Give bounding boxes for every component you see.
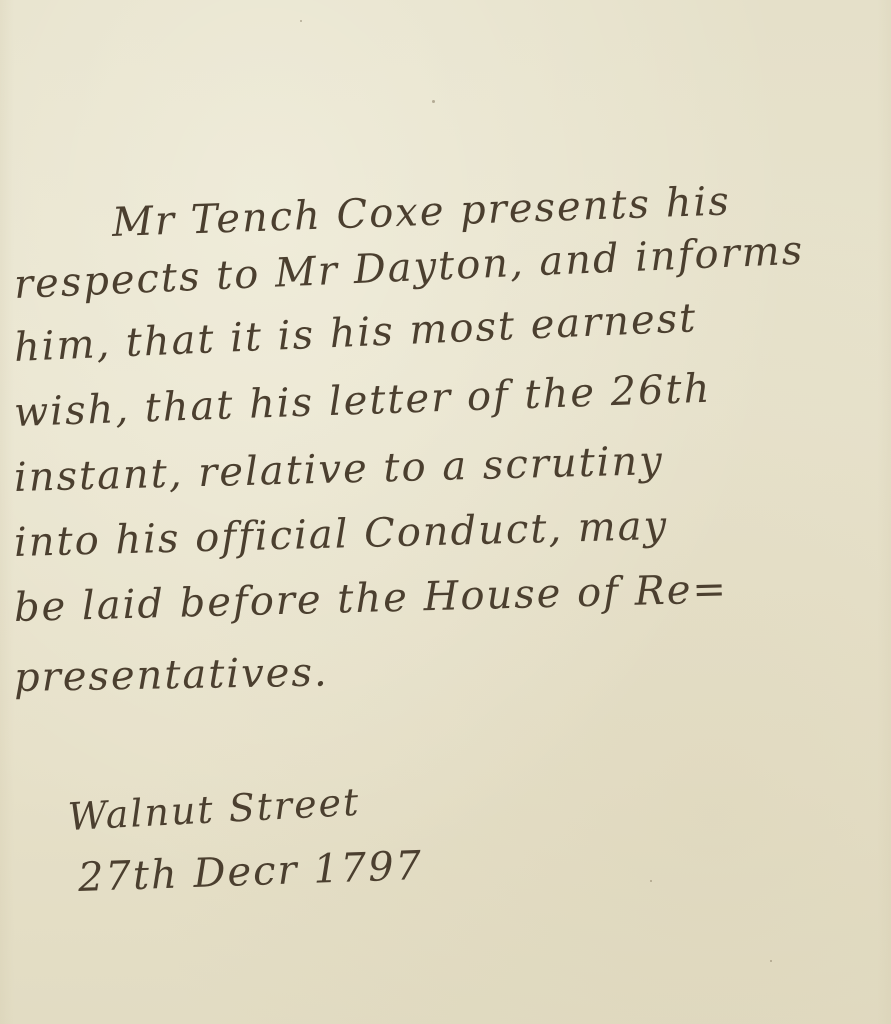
letter-line-6: into his official Conduct, may bbox=[13, 503, 668, 566]
paper-speck bbox=[650, 880, 652, 882]
paper-speck bbox=[770, 960, 772, 962]
letter-page: Mr Tench Coxe presents his respects to M… bbox=[0, 0, 891, 1024]
paper-speck bbox=[300, 20, 302, 22]
paper-speck bbox=[432, 100, 435, 103]
letter-line-7: be laid before the House of Re= bbox=[13, 566, 728, 631]
letter-line-8: presentatives. bbox=[14, 650, 329, 701]
letter-line-5: instant, relative to a scrutiny bbox=[13, 438, 664, 501]
letter-line-3: him, that it is his most earnest bbox=[13, 295, 698, 371]
closing-place: Walnut Street bbox=[67, 780, 361, 839]
letter-line-4: wish, that his letter of the 26th bbox=[13, 366, 712, 436]
closing-date: 27th Decr 1797 bbox=[77, 843, 424, 901]
